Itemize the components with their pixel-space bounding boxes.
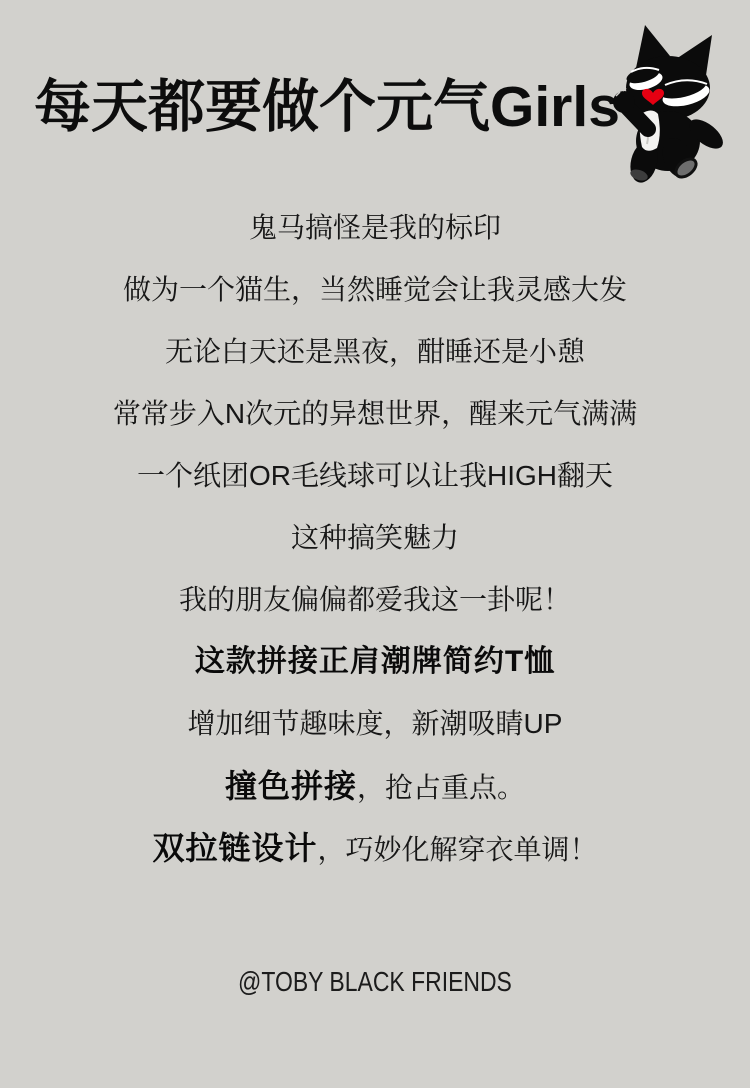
description-line: 一个纸团OR毛线球可以让我HIGH翻天 <box>0 445 750 507</box>
brand-signature-text: @TOBY BLACK FRIENDS <box>238 963 512 1001</box>
tmall-cat-mascot-icon <box>608 22 746 200</box>
page-title: 每天都要做个元气Girls <box>34 76 620 139</box>
highlight-rest: ，巧妙化解穿衣单调！ <box>318 834 598 865</box>
description-line: 这种搞笑魅力 <box>0 507 750 569</box>
description-line: 常常步入N次元的异想世界，醒来元气满满 <box>0 383 750 445</box>
product-description-poster: 每天都要做个元气Girls 鬼马搞怪是我的标印 做为 <box>0 0 750 1088</box>
highlight-keyword: 双拉链设计 <box>152 830 317 866</box>
highlight-keyword: 撞色拼接 <box>225 768 357 804</box>
description-line: 鬼马搞怪是我的标印 <box>0 197 750 259</box>
product-title-line: 这款拼接正肩潮牌简约T恤 <box>0 631 750 693</box>
description-line: 增加细节趣味度，新潮吸睛UP <box>0 693 750 755</box>
description-line: 我的朋友偏偏都爱我这一卦呢！ <box>0 569 750 631</box>
highlight-rest: ，抢占重点。 <box>357 772 525 803</box>
description-line: 无论白天还是黑夜，酣睡还是小憩 <box>0 321 750 383</box>
brand-signature: @TOBY BLACK FRIENDS <box>0 963 750 1001</box>
product-description: 鬼马搞怪是我的标印 做为一个猫生，当然睡觉会让我灵感大发 无论白天还是黑夜，酣睡… <box>0 197 750 879</box>
description-line: 做为一个猫生，当然睡觉会让我灵感大发 <box>0 259 750 321</box>
highlight-contrast-stitching: 撞色拼接，抢占重点。 <box>0 755 750 817</box>
highlight-double-zipper: 双拉链设计，巧妙化解穿衣单调！ <box>0 817 750 879</box>
